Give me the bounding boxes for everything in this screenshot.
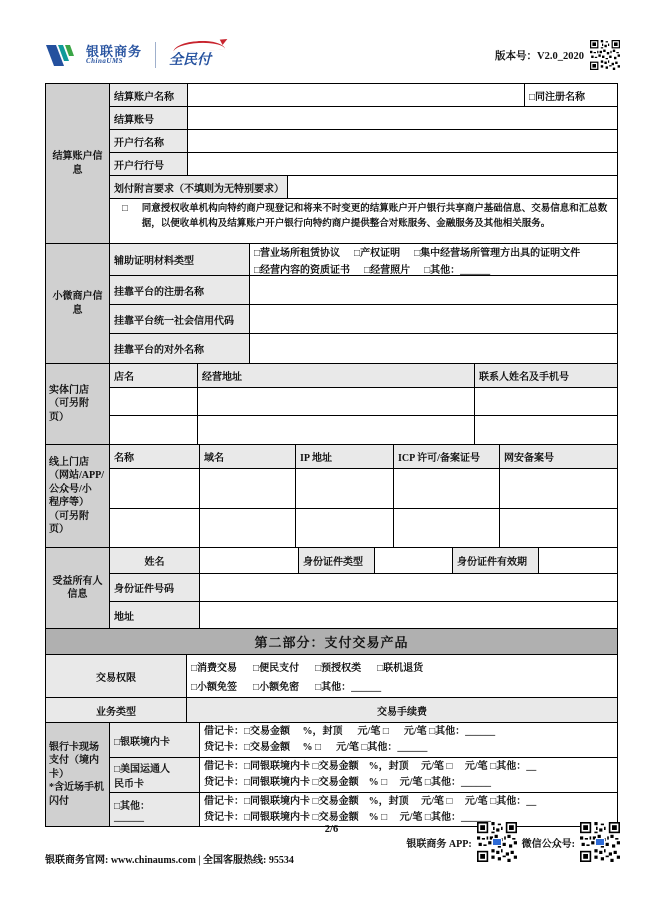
section-physical-store: 实体门店 （可另附 页） 店名 经营地址 联系人姓名及手机号 [46,364,617,445]
bank-name-input[interactable] [188,130,617,152]
quanminfu-logo: 全民付 [169,41,211,69]
logo-divider [155,42,156,68]
section-settlement-account: 结算账户信 息 结算账户名称 □同注册名称 结算账号 开户行名称 开户行行号 [46,84,617,244]
remark-label: 划付附言要求（不填则为无特别要求） [110,176,288,198]
online-name-input[interactable] [110,509,200,547]
store-contact-input[interactable] [475,388,617,415]
platform-credit-code-input[interactable] [250,305,617,333]
aux-option-other-checkbox[interactable]: □其他：______ [424,261,490,276]
store-address-input[interactable] [198,416,475,444]
store-name-input[interactable] [110,388,198,415]
app-qr-code [477,822,517,862]
settlement-account-name-input[interactable] [188,84,525,106]
version-label: 版本号：V2.0_2020 [495,48,584,63]
brand-name-en: ChinaUMS [86,58,142,65]
brand-logo: 银联商务 ChinaUMS 全民付 [45,41,211,69]
wechat-qr-code [580,822,620,862]
consent-text: 同意授权收单机构向特约商户现登记和将来不时变更的结算账户开户银行共享商户基础信息… [142,202,611,231]
footer-contact-text: 银联商务官网: www.chinaums.com | 全国客服热线: 95534 [45,851,294,866]
id-number-label: 身份证件号码 [110,574,200,601]
wechat-qr-label: 微信公众号: [522,835,575,850]
online-name-header: 名称 [110,445,200,468]
online-icp-header: ICP 许可/备案证号 [394,445,500,468]
aux-option-lease-checkbox[interactable]: □营业场所租赁协议 [254,244,340,259]
online-icp-input[interactable] [394,469,500,508]
bank-name-label: 开户行名称 [110,130,188,152]
owner-name-input[interactable] [200,548,299,573]
right-online-refund-checkbox[interactable]: □联机退货 [377,659,423,674]
debit-fee-options[interactable]: 借记卡：□交易金额 %，封顶 元/笔 □ 元/笔 □其他：______ [204,724,495,740]
online-domain-header: 域名 [200,445,296,468]
online-ip-header: IP 地址 [296,445,394,468]
id-type-label: 身份证件类型 [299,548,375,573]
online-icp-input[interactable] [394,509,500,547]
debit-fee-options[interactable]: 借记卡：□同银联境内卡 □交易金额 %，封顶 元/笔 □ 元/笔 □其他：__ [204,759,536,775]
footer-qr-area: 银联商务 APP: 微信公众号: [406,822,620,862]
section-beneficial-owner: 受益所有人 信息 姓名 身份证件类型 身份证件有效期 身份证件号码 地址 [46,548,617,629]
right-other-checkbox[interactable]: □其他：______ [315,678,381,693]
online-ip-input[interactable] [296,509,394,547]
app-qr-label: 银联商务 APP: [406,835,471,850]
consent-checkbox[interactable]: □ [122,202,128,217]
merchant-form-table: 结算账户信 息 结算账户名称 □同注册名称 结算账号 开户行名称 开户行行号 [45,83,618,827]
settlement-account-no-label: 结算账号 [110,107,188,129]
store-address-header: 经营地址 [198,364,475,387]
bank-branch-no-input[interactable] [188,153,617,175]
aux-option-property-checkbox[interactable]: □产权证明 [354,244,400,259]
trade-rights-options: □消费交易 □便民支付 □预授权类 □联机退货 □小额免签 □小额免密 □其他：… [187,655,617,697]
form-page: 银联商务 ChinaUMS 全民付 版本号：V2.0_2020 结算账户信 息 … [0,0,650,919]
business-type-label: 业务类型 [46,698,187,722]
online-security-record-header: 网安备案号 [500,445,617,468]
unionpay-fee-cell: 借记卡：□交易金额 %，封顶 元/笔 □ 元/笔 □其他：______ 贷记卡：… [200,723,617,757]
online-domain-input[interactable] [200,469,296,508]
debit-fee-options[interactable]: 借记卡：□同银联境内卡 □交易金额 %，封顶 元/笔 □ 元/笔 □其他：__ [204,794,536,810]
aux-option-qualification-checkbox[interactable]: □经营内容的资质证书 [254,261,350,276]
same-as-registered-checkbox[interactable]: □同注册名称 [525,84,617,106]
right-consume-checkbox[interactable]: □消费交易 [191,659,237,674]
settlement-account-no-input[interactable] [188,107,617,129]
unionpay-domestic-card-checkbox[interactable]: □银联境内卡 [110,723,200,757]
remark-input[interactable] [288,176,617,198]
owner-address-input[interactable] [200,602,617,628]
wechat-qr-logo-icon [595,838,605,846]
section-title-bank-card: 银行卡现场 支付（境内 卡） *含近场手机 闪付 [46,723,110,826]
online-ip-input[interactable] [296,469,394,508]
credit-fee-options[interactable]: 贷记卡：□同银联境内卡 □交易金额 % □ 元/笔 □其他：______ [204,775,491,791]
red-swoosh-icon [173,40,225,53]
version-qr-code [590,40,620,70]
part2-header: 第二部分：支付交易产品 [46,629,617,655]
aux-material-label: 辅助证明材料类型 [110,244,250,275]
online-domain-input[interactable] [200,509,296,547]
online-security-record-input[interactable] [500,509,617,547]
id-number-input[interactable] [200,574,617,601]
section-title-settlement: 结算账户信 息 [46,84,110,243]
amex-fee-cell: 借记卡：□同银联境内卡 □交易金额 %，封顶 元/笔 □ 元/笔 □其他：__ … [200,758,617,792]
store-address-input[interactable] [198,388,475,415]
aux-material-options: □营业场所租赁协议 □产权证明 □集中经营场所管理方出具的证明文件 □经营内容的… [250,244,617,275]
section-business-type-header: 业务类型 交易手续费 [46,698,617,723]
platform-registered-name-input[interactable] [250,276,617,304]
owner-name-label: 姓名 [110,548,200,573]
right-small-no-sign-checkbox[interactable]: □小额免签 [191,678,237,693]
owner-address-label: 地址 [110,602,200,628]
online-security-record-input[interactable] [500,469,617,508]
amex-rmb-card-checkbox[interactable]: □美国运通人 民币卡 [110,758,200,792]
product-name: 全民付 [169,53,211,68]
brand-text: 银联商务 ChinaUMS [86,45,142,65]
trade-rights-label: 交易权限 [46,655,187,697]
store-contact-header: 联系人姓名及手机号 [475,364,617,387]
store-contact-input[interactable] [475,416,617,444]
section-bank-card-payment: 银行卡现场 支付（境内 卡） *含近场手机 闪付 □银联境内卡 借记卡：□交易金… [46,723,617,826]
platform-external-name-input[interactable] [250,334,617,363]
section-title-beneficial-owner: 受益所有人 信息 [46,548,110,628]
id-type-input[interactable] [375,548,453,573]
platform-registered-name-label: 挂靠平台的注册名称 [110,276,250,304]
consent-row: □ 同意授权收单机构向特约商户现登记和将来不时变更的结算账户开户银行共享商户基础… [110,199,617,243]
store-name-input[interactable] [110,416,198,444]
right-small-no-pin-checkbox[interactable]: □小额免密 [253,678,299,693]
other-card-checkbox[interactable]: □其他： ______ [110,793,200,826]
online-name-input[interactable] [110,469,200,508]
section-title-online-store: 线上门店 （网站/APP/ 公众号/小 程序等） （可另附 页） [46,445,110,547]
section-online-store: 线上门店 （网站/APP/ 公众号/小 程序等） （可另附 页） 名称 域名 I… [46,445,617,548]
chinaums-logo-icon [45,42,79,68]
id-validity-label: 身份证件有效期 [453,548,539,573]
platform-external-name-label: 挂靠平台的对外名称 [110,334,250,363]
platform-credit-code-label: 挂靠平台统一社会信用代码 [110,305,250,333]
section-trade-rights: 交易权限 □消费交易 □便民支付 □预授权类 □联机退货 □小额免签 □小额免密… [46,655,617,698]
settlement-account-name-label: 结算账户名称 [110,84,188,106]
aux-option-photo-checkbox[interactable]: □经营照片 [364,261,410,276]
bank-branch-no-label: 开户行行号 [110,153,188,175]
fee-header-label: 交易手续费 [187,698,617,722]
section-title-micro-merchant: 小微商户信 息 [46,244,110,363]
app-qr-logo-icon [492,838,502,846]
version-area: 版本号：V2.0_2020 [495,40,620,70]
id-validity-input[interactable] [539,548,617,573]
credit-fee-options[interactable]: 贷记卡：□交易金额 % □ 元/笔 □其他：______ [204,740,427,756]
section-micro-merchant: 小微商户信 息 辅助证明材料类型 □营业场所租赁协议 □产权证明 □集中经营场所… [46,244,617,364]
top-bar: 银联商务 ChinaUMS 全民付 版本号：V2.0_2020 [45,36,620,74]
store-name-header: 店名 [110,364,198,387]
aux-option-venue-proof-checkbox[interactable]: □集中经营场所管理方出具的证明文件 [414,244,580,259]
right-preauth-checkbox[interactable]: □预授权类 [315,659,361,674]
section-title-physical-store: 实体门店 （可另附 页） [46,364,110,444]
right-convenience-pay-checkbox[interactable]: □便民支付 [253,659,299,674]
